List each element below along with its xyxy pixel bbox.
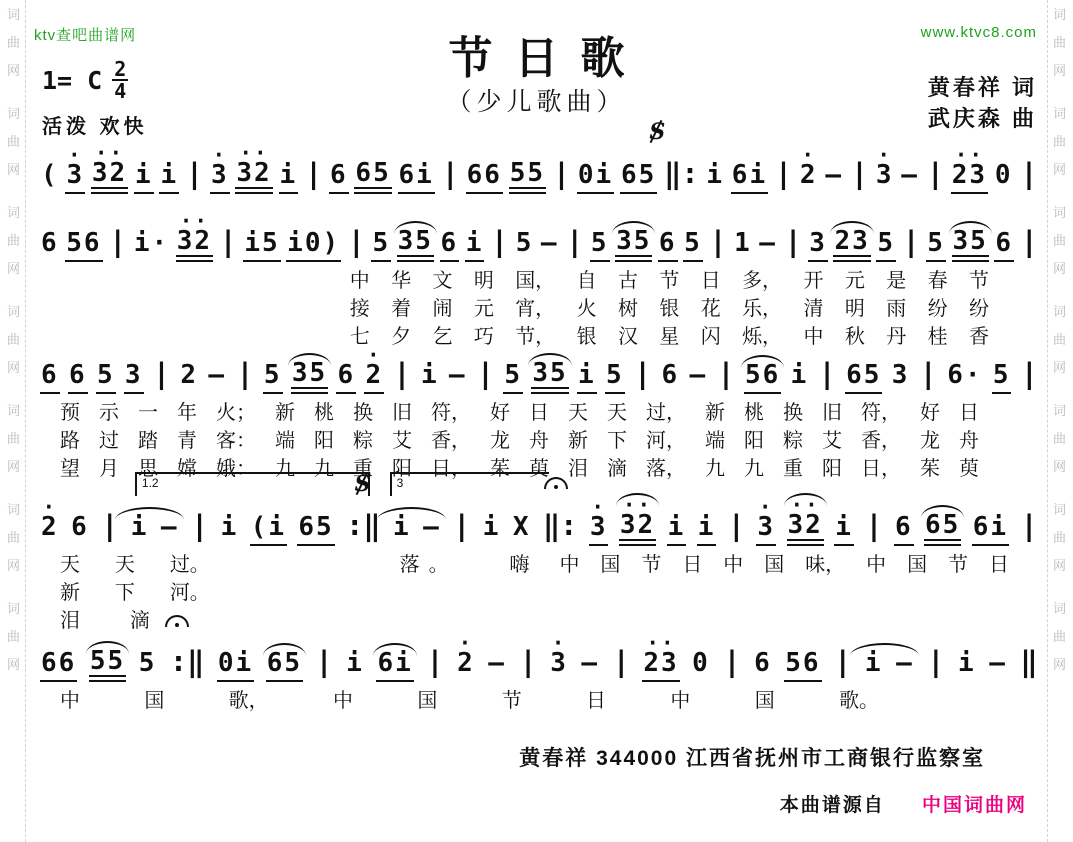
- barline: |: [304, 159, 323, 194]
- note-token: i: [159, 162, 179, 194]
- watermark-char: 词: [1053, 404, 1066, 417]
- source-prefix: 本曲谱源自: [780, 795, 885, 816]
- note-token: i: [134, 162, 154, 194]
- note-token: –: [895, 650, 915, 682]
- barline: |: [708, 227, 727, 262]
- note-token: 0i: [217, 650, 254, 682]
- note-token: 65: [845, 362, 882, 394]
- barline: |: [612, 647, 631, 682]
- lyric-char: 路: [60, 424, 80, 453]
- lyrics-row: 接着闹元宵，火树银花乐，清明雨纷纷: [40, 290, 1039, 318]
- lyric-char: 日: [682, 548, 702, 577]
- notes-line: (·3··32ii|·3··32i|6656i|6655|0i65‖:i6i|·…: [40, 148, 1039, 194]
- barline: |: [552, 159, 571, 194]
- lyric-char: 日: [989, 548, 1009, 577]
- watermark-char: 网: [1053, 460, 1066, 473]
- note-token: ··32: [91, 148, 128, 194]
- lyric-char: 巧: [474, 320, 494, 349]
- lyric-char: 过，: [646, 396, 686, 425]
- watermark-char: 曲: [7, 234, 20, 247]
- lyric-char: 新: [705, 396, 725, 425]
- notes-line: 656|i···32|i5i0)|5356i|5–|53565|1–|3235|…: [40, 216, 1039, 262]
- lyric-char: 好: [490, 396, 510, 425]
- watermark-char: 曲: [7, 630, 20, 643]
- lyric-char: 乐，: [742, 292, 782, 321]
- lyric-segment: 七夕乞巧节，银汉星闪烁，中秋丹桂香: [350, 320, 989, 349]
- note-token: i·: [133, 230, 170, 262]
- barline: |: [784, 227, 803, 262]
- lyric-char: 符，: [861, 396, 901, 425]
- watermark-char: 网: [1053, 658, 1066, 671]
- lyric-char: 节: [641, 548, 661, 577]
- barline: |: [727, 511, 746, 546]
- watermark-char: 曲: [1053, 333, 1066, 346]
- note-token: 35: [397, 228, 434, 262]
- barline: |: [864, 511, 883, 546]
- note-token: 55: [509, 160, 546, 194]
- note-token: 5: [503, 362, 523, 394]
- lyric-char: 换: [353, 396, 373, 425]
- note-token: 6: [329, 162, 349, 194]
- note-token: 5: [992, 362, 1012, 394]
- note-token: 6: [40, 362, 60, 394]
- lyric-char: 中: [333, 684, 353, 713]
- note-token: ·3: [756, 502, 776, 546]
- lyric-segment: 路过踏青客：端阳粽艾香，龙舟新下河，端阳粽艾香，龙舟: [60, 424, 979, 453]
- note-token: 6i: [376, 650, 413, 682]
- lyric-char: 望: [60, 452, 80, 481]
- barline: |: [235, 359, 254, 394]
- note-token: 35: [615, 228, 652, 262]
- note-token: 65: [354, 160, 391, 194]
- barline: |: [774, 159, 793, 194]
- note-token: 3: [808, 230, 828, 262]
- lyrics-row: 中华文明国，自古节日多，开元是春节: [40, 262, 1039, 290]
- lyric-char: 阳: [744, 424, 764, 453]
- watermark-char: 词: [7, 8, 20, 21]
- barline: |: [452, 511, 471, 546]
- note-token: ·3: [875, 150, 895, 194]
- note-token: 66: [40, 650, 77, 682]
- note-token: –: [900, 162, 920, 194]
- note-token: i: [279, 162, 299, 194]
- lyric-char: 桃: [744, 396, 764, 425]
- lyric-char: 国: [417, 684, 437, 713]
- note-token: 6: [894, 514, 914, 546]
- song-title: 节日歌: [0, 22, 1073, 86]
- note-token: –: [207, 362, 227, 394]
- lyrics-row: 新下河。: [40, 574, 1039, 602]
- lyric-char: 年: [177, 396, 197, 425]
- lyric-char: 下: [115, 576, 135, 605]
- lyric-char: 着: [391, 292, 411, 321]
- note-token: i5: [243, 230, 280, 262]
- lyric-char: 过: [99, 424, 119, 453]
- barline: |: [926, 159, 945, 194]
- credits: 黄春祥 词 武庆森 曲: [928, 72, 1037, 134]
- note-token: 56: [65, 230, 102, 262]
- note-token: –: [758, 230, 778, 262]
- barline: |: [392, 359, 411, 394]
- lyric-char: 日: [529, 396, 549, 425]
- lyric-char: 宵，: [515, 292, 555, 321]
- lyric-char: 国: [907, 548, 927, 577]
- lyric-segment: 泪滴: [60, 604, 150, 633]
- note-token: 6: [68, 362, 88, 394]
- watermark-char: 曲: [1053, 234, 1066, 247]
- note-token: ·2: [364, 350, 384, 394]
- note-token: 5: [683, 230, 703, 262]
- note-token: i: [465, 230, 485, 262]
- lyric-char: 国: [764, 548, 784, 577]
- composer-credit: 武庆森 曲: [928, 103, 1037, 134]
- note-token: 6: [70, 514, 90, 546]
- lyric-segment: 预示一年火；新桃换旧符，好日天天过，新桃换旧符，好日: [60, 396, 979, 425]
- lyrics-row: 中国歌，中国节日中国歌。: [40, 682, 1039, 710]
- lyric-char: 龙: [490, 424, 510, 453]
- lyric-char: 古: [618, 264, 638, 293]
- note-token: 65: [297, 514, 334, 546]
- note-token: 5: [590, 230, 610, 262]
- lyric-char: 明: [474, 264, 494, 293]
- lyric-char: 符，: [431, 396, 471, 425]
- note-token: 5: [926, 230, 946, 262]
- lyric-char: 银: [577, 320, 597, 349]
- lyric-char: 中: [723, 548, 743, 577]
- tempo-marking: 活泼 欢快: [42, 110, 148, 139]
- segno-icon: S: [355, 473, 369, 495]
- note-token: i: [577, 362, 597, 394]
- watermark-char: 曲: [1053, 135, 1066, 148]
- lyric-char: 纷: [969, 292, 989, 321]
- lyrics-row: 泪滴: [40, 602, 1039, 630]
- watermark-char: 词: [1053, 8, 1066, 21]
- lyric-char: 节: [659, 264, 679, 293]
- lyric-segment: 中国歌，中国节日中国歌。: [60, 684, 879, 713]
- watermark-char: 词: [1053, 206, 1066, 219]
- lyric-char: 文: [432, 264, 452, 293]
- score-system-5: 66555:‖0i65|i6i|·2–|·3–|··230|656|i–|i–‖…: [40, 638, 1039, 710]
- barline: |: [476, 359, 495, 394]
- barline: |: [716, 359, 735, 394]
- barline: |: [833, 647, 852, 682]
- lyric-char: 客：: [216, 424, 256, 453]
- segno-icon: S: [649, 121, 663, 143]
- lyric-char: 重: [783, 452, 803, 481]
- lyric-char: 明: [845, 292, 865, 321]
- lyric-char: 丹: [886, 320, 906, 349]
- barline: |: [1020, 359, 1039, 394]
- right-watermark-column: 词曲网词曲网词曲网词曲网词曲网词曲网词曲网: [1047, 0, 1071, 842]
- score-system-2: 656|i···32|i5i0)|5356i|5–|53565|1–|3235|…: [40, 216, 1039, 346]
- note-token: 6: [753, 650, 773, 682]
- note-token: ·3: [210, 150, 230, 194]
- lyric-char: 国，: [515, 264, 555, 293]
- lyric-char: 火: [577, 292, 597, 321]
- lyric-char: 河。: [170, 576, 210, 605]
- lyric-char: 青: [177, 424, 197, 453]
- watermark-char: 词: [7, 206, 20, 219]
- barline: |: [518, 647, 537, 682]
- lyric-segment: 天天过。: [60, 548, 210, 577]
- barline: :‖: [345, 511, 381, 546]
- barline: ‖:: [663, 159, 699, 194]
- lyric-char: 九: [744, 452, 764, 481]
- barline: |: [185, 159, 204, 194]
- lyric-char: 雨: [886, 292, 906, 321]
- lyric-char: 秋: [845, 320, 865, 349]
- sheet-music-page: 词曲网词曲网词曲网词曲网词曲网词曲网词曲网 词曲网词曲网词曲网词曲网词曲网词曲网…: [0, 0, 1073, 842]
- lyric-char: 新: [275, 396, 295, 425]
- lyric-char: 示: [99, 396, 119, 425]
- barline: |: [347, 227, 366, 262]
- barline: |: [190, 511, 209, 546]
- barline: |: [425, 647, 444, 682]
- lyric-char: 艾: [392, 424, 412, 453]
- watermark-char: 曲: [1053, 531, 1066, 544]
- note-token: –: [487, 650, 507, 682]
- lyric-char: 春: [928, 264, 948, 293]
- lyric-char: 接: [350, 292, 370, 321]
- note-token: i: [790, 362, 810, 394]
- lyric-char: 乞: [432, 320, 452, 349]
- note-token: 65: [266, 650, 303, 682]
- lyric-char: 国: [755, 684, 775, 713]
- note-token: ··23: [642, 638, 679, 682]
- note-token: 0: [994, 162, 1014, 194]
- lyrics-row: 路过踏青客：端阳粽艾香，龙舟新下河，端阳粽艾香，龙舟: [40, 422, 1039, 450]
- lyric-char: 端: [705, 424, 725, 453]
- lyric-char: 多，: [742, 264, 782, 293]
- lyric-char: 好: [920, 396, 940, 425]
- lyric-char: 火；: [216, 396, 256, 425]
- meter-numerator: 2: [114, 60, 126, 78]
- note-token: 5: [371, 230, 391, 262]
- lyric-char: 天: [60, 548, 80, 577]
- lyric-char: 国: [144, 684, 164, 713]
- lyric-segment: 接着闹元宵，火树银花乐，清明雨纷纷: [350, 292, 989, 321]
- barline: |: [818, 359, 837, 394]
- note-token: (i: [250, 514, 287, 546]
- lyric-segment: 新下河。: [60, 576, 210, 605]
- barline: |: [850, 159, 869, 194]
- barline: |: [926, 647, 945, 682]
- note-token: 2: [179, 362, 199, 394]
- lyric-char: 旧: [822, 396, 842, 425]
- time-signature: 2 4: [112, 60, 128, 100]
- note-token: ·3: [65, 150, 85, 194]
- note-token: i: [482, 514, 502, 546]
- note-token: 5: [96, 362, 116, 394]
- lyric-char: 汉: [618, 320, 638, 349]
- lyric-char: 端: [275, 424, 295, 453]
- note-token: 0: [691, 650, 711, 682]
- lyric-char: 烁，: [742, 320, 782, 349]
- lyric-char: 开: [803, 264, 823, 293]
- lyric-char: 过。: [170, 548, 210, 577]
- lyric-char: 是: [886, 264, 906, 293]
- lyric-char: 银: [659, 292, 679, 321]
- watermark-char: 词: [1053, 503, 1066, 516]
- lyric-char: 自: [577, 264, 597, 293]
- lyric-char: 歌。: [839, 684, 879, 713]
- note-token: ··32: [235, 148, 272, 194]
- note-token: 35: [952, 228, 989, 262]
- lyric-char: 粽: [353, 424, 373, 453]
- lyric-char: 香: [969, 320, 989, 349]
- watermark-char: 网: [7, 658, 20, 671]
- barline: :‖: [169, 647, 205, 682]
- lyric-char: 滴: [607, 452, 627, 481]
- note-token: i: [957, 650, 977, 682]
- note-token: 5: [138, 650, 158, 682]
- barline: |: [490, 227, 509, 262]
- score-system-4: 1.2S3·26|i–|i(i65:‖i–|iX‖:·3··32ii|·3··3…: [40, 500, 1039, 630]
- score-system-1: S(·3··32ii|·3··32i|6656i|6655|0i65‖:i6i|…: [40, 148, 1039, 194]
- lyric-char: 歌，: [229, 684, 269, 713]
- note-token: i0): [286, 230, 341, 262]
- lyric-char: 月: [99, 452, 119, 481]
- lyric-char: 树: [618, 292, 638, 321]
- lyric-segment: 中华文明国，自古节日多，开元是春节: [350, 264, 989, 293]
- watermark-char: 曲: [1053, 432, 1066, 445]
- lyric-char: 星: [659, 320, 679, 349]
- lyric-char: 夕: [391, 320, 411, 349]
- lyric-char: 闹: [432, 292, 452, 321]
- notes-line: 6653|2–|5356·2|i–|535i5|6–|56i|653|6·5|: [40, 350, 1039, 394]
- meter-denominator: 4: [114, 82, 126, 100]
- lyric-char: 闪: [701, 320, 721, 349]
- lyric-char: 香，: [861, 424, 901, 453]
- watermark-char: 词: [7, 404, 20, 417]
- lyric-char: 中: [803, 320, 823, 349]
- lyric-char: 味，: [805, 548, 845, 577]
- note-token: ··32: [619, 500, 656, 546]
- note-token: 56: [784, 650, 821, 682]
- lyric-char: 华: [391, 264, 411, 293]
- note-token: 6·: [946, 362, 983, 394]
- note-token: –: [160, 514, 180, 546]
- lyric-char: 香，: [431, 424, 471, 453]
- lyric-char: 一: [138, 396, 158, 425]
- lyric-char: 滴: [130, 604, 150, 633]
- note-token: 0i: [577, 162, 614, 194]
- note-token: 65: [924, 512, 961, 546]
- barline: |: [722, 647, 741, 682]
- note-token: ··32: [787, 500, 824, 546]
- lyric-char: 换: [783, 396, 803, 425]
- note-token: ··23: [951, 150, 988, 194]
- note-token: ·3: [589, 502, 609, 546]
- note-token: i: [667, 514, 687, 546]
- watermark-char: 词: [7, 305, 20, 318]
- lyric-char: 新: [568, 424, 588, 453]
- watermark-char: 网: [1053, 262, 1066, 275]
- note-token: 6i: [398, 162, 435, 194]
- watermark-char: 网: [7, 460, 20, 473]
- barline: |: [565, 227, 584, 262]
- barline: |: [152, 359, 171, 394]
- note-token: 6i: [972, 514, 1009, 546]
- note-token: i: [697, 514, 717, 546]
- lyricist-credit: 黄春祥 词: [928, 72, 1037, 103]
- note-token: i: [345, 650, 365, 682]
- lyric-char: 节: [502, 684, 522, 713]
- lyric-char: 舟: [959, 424, 979, 453]
- source-site-name: 中国词曲网: [922, 795, 1027, 816]
- note-token: 6: [994, 230, 1014, 262]
- lyric-segment: 中国节日中国味，中国节日: [559, 548, 1009, 577]
- note-token: –: [422, 514, 442, 546]
- lyric-char: 桂: [928, 320, 948, 349]
- note-token: 66: [466, 162, 503, 194]
- watermark-char: 词: [7, 503, 20, 516]
- lyric-char: 泪: [568, 452, 588, 481]
- source-line: 本曲谱源自 中国词曲网: [780, 790, 1027, 817]
- watermark-char: 网: [1053, 163, 1066, 176]
- note-token: –: [688, 362, 708, 394]
- lyric-char: 中: [670, 684, 690, 713]
- watermark-char: 词: [7, 602, 20, 615]
- note-token: 6: [440, 230, 460, 262]
- lyric-char: 中: [559, 548, 579, 577]
- lyric-char: 中: [60, 684, 80, 713]
- lyric-char: 日: [586, 684, 606, 713]
- note-token: 23: [833, 228, 870, 262]
- key-signature: 1= C 2 4: [42, 60, 128, 100]
- lyric-char: 落，: [646, 452, 686, 481]
- lyric-char: 元: [474, 292, 494, 321]
- watermark-char: 曲: [7, 531, 20, 544]
- note-token: i: [705, 162, 725, 194]
- lyric-char: 元: [845, 264, 865, 293]
- note-token: i: [834, 514, 854, 546]
- lyric-segment: 嗨: [510, 548, 539, 577]
- lyrics-row: 预示一年火；新桃换旧符，好日天天过，新桃换旧符，好日: [40, 394, 1039, 422]
- lyrics-row: 天天过。落。嗨中国节日中国味，中国节日: [40, 546, 1039, 574]
- note-token: 6: [336, 362, 356, 394]
- lyric-char: 萸: [959, 452, 979, 481]
- key-prefix: 1= C: [42, 66, 102, 95]
- watermark-char: 曲: [7, 333, 20, 346]
- barline: ‖:: [542, 511, 578, 546]
- barline: |: [633, 359, 652, 394]
- lyric-char: 河，: [646, 424, 686, 453]
- lyric-char: 桃: [314, 396, 334, 425]
- note-token: 5: [263, 362, 283, 394]
- note-token: 6: [40, 230, 60, 262]
- watermark-char: 网: [1053, 559, 1066, 572]
- note-token: 5: [605, 362, 625, 394]
- lyric-char: 泪: [60, 604, 80, 633]
- note-token: ·2: [456, 638, 476, 682]
- lyric-char: 茱: [920, 452, 940, 481]
- lyric-char: 龙: [920, 424, 940, 453]
- barline: |: [441, 159, 460, 194]
- note-token: 5: [876, 230, 896, 262]
- note-token: 35: [531, 360, 568, 394]
- lyric-char: 粽: [783, 424, 803, 453]
- lyric-char: 旧: [392, 396, 412, 425]
- barline: |: [219, 227, 238, 262]
- author-address-line: 黄春祥 344000 江西省抚州市工商银行监察室: [519, 742, 985, 772]
- lyric-char: 九: [705, 452, 725, 481]
- lyric-char: 花: [701, 292, 721, 321]
- lyrics-row: 七夕乞巧节，银汉星闪烁，中秋丹桂香: [40, 318, 1039, 346]
- lyric-char: 新: [60, 576, 80, 605]
- barline: |: [1020, 511, 1039, 546]
- note-token: 56: [744, 362, 781, 394]
